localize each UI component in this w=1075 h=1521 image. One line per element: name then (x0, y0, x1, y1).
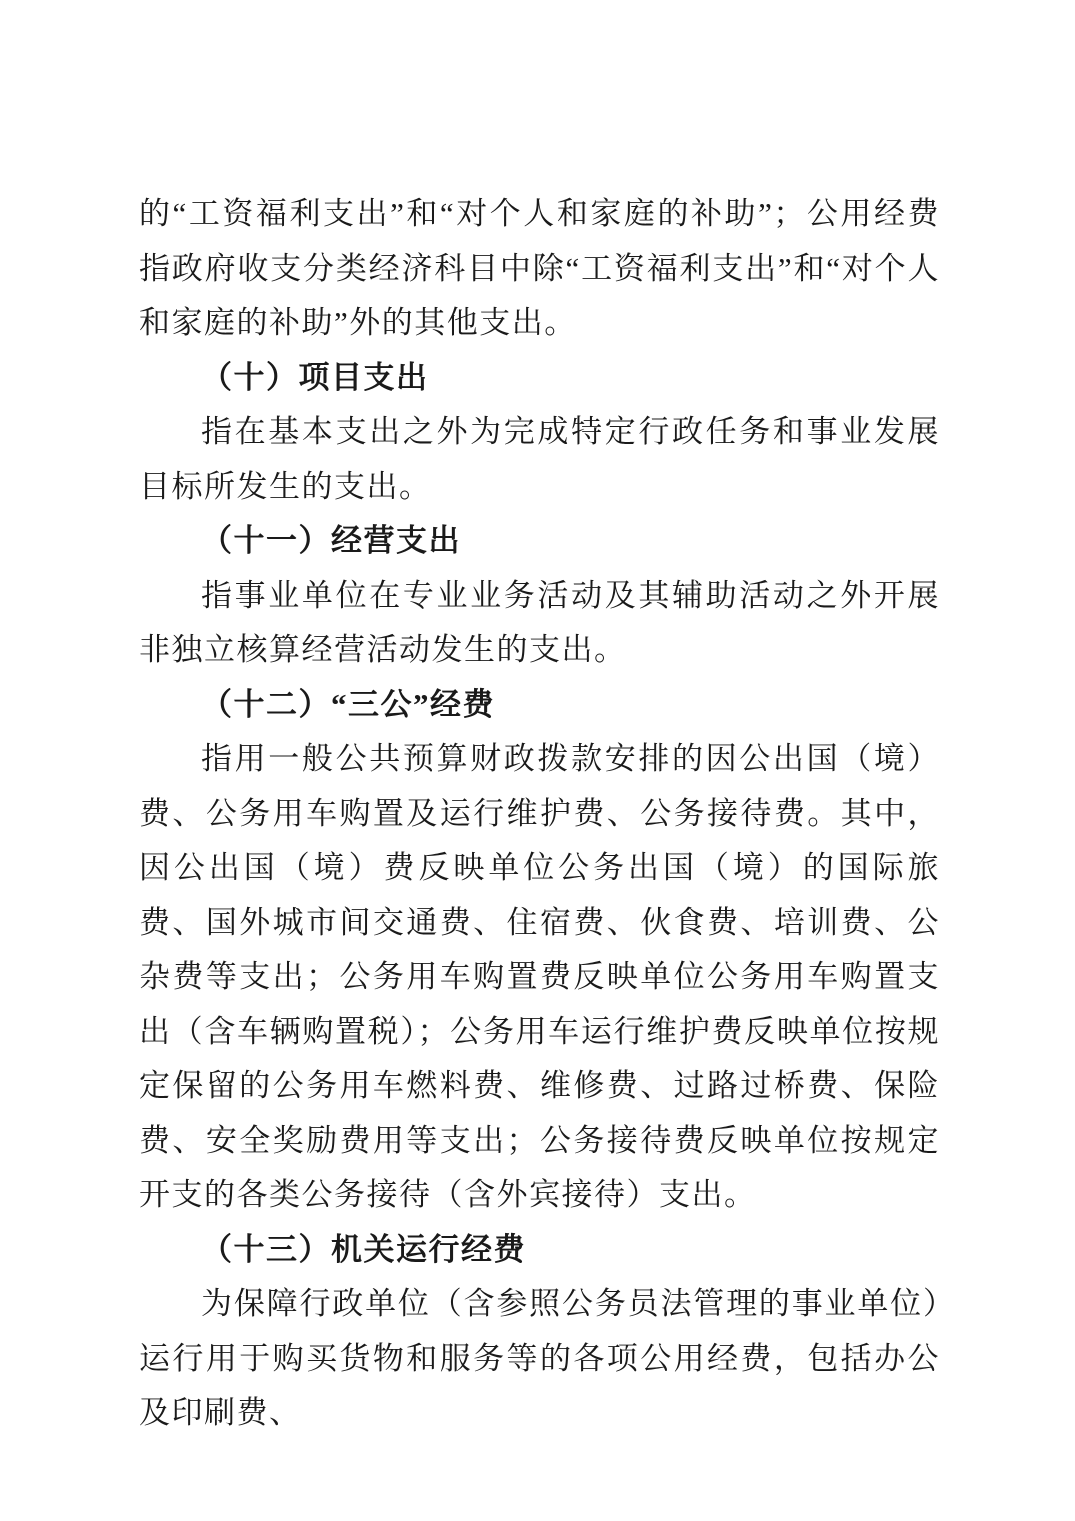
paragraph-section-13: 为保障行政单位（含参照公务员法管理的事业单位）运行用于购买货物和服务等的各项公用… (139, 1277, 940, 1441)
paragraph-section-11: 指事业单位在专业业务活动及其辅助活动之外开展非独立核算经营活动发生的支出。 (139, 569, 940, 678)
paragraph-section-12: 指用一般公共预算财政拨款安排的因公出国（境）费、公务用车购置及运行维护费、公务接… (139, 732, 940, 1223)
paragraph-continued: 的“工资福利支出”和“对个人和家庭的补助”；公用经费指政府收支分类经济科目中除“… (139, 187, 940, 351)
heading-section-10: （十）项目支出 (139, 351, 940, 406)
document-text-area: 的“工资福利支出”和“对个人和家庭的补助”；公用经费指政府收支分类经济科目中除“… (139, 187, 940, 1441)
heading-section-12: （十二）“三公”经费 (139, 678, 940, 733)
paragraph-section-10: 指在基本支出之外为完成特定行政任务和事业发展目标所发生的支出。 (139, 405, 940, 514)
document-page: 的“工资福利支出”和“对个人和家庭的补助”；公用经费指政府收支分类经济科目中除“… (0, 0, 1075, 1521)
heading-section-11: （十一）经营支出 (139, 514, 940, 569)
heading-section-13: （十三）机关运行经费 (139, 1223, 940, 1278)
